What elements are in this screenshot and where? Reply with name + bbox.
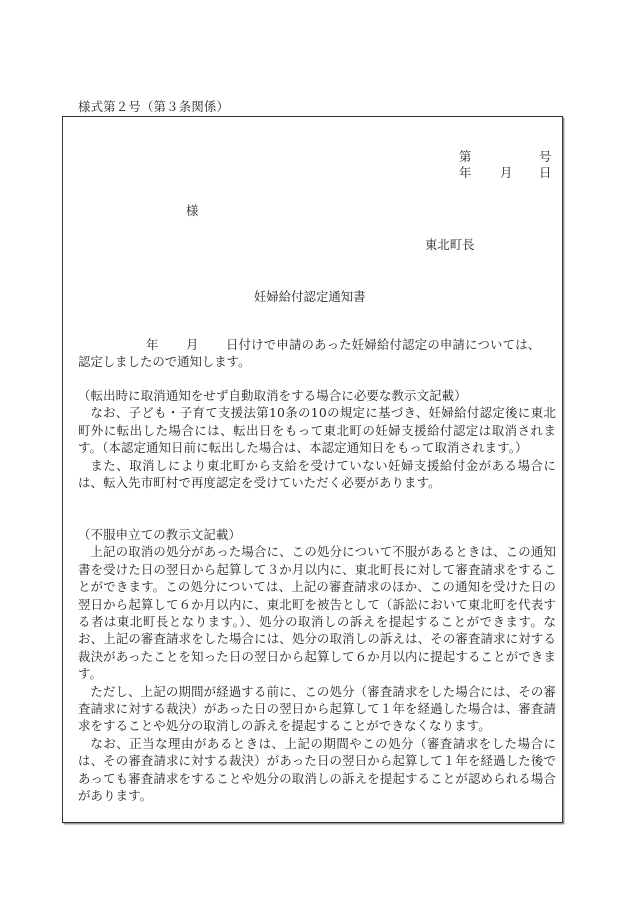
addressee-honorific: 様 bbox=[186, 201, 198, 219]
paragraph: 上記の取消の処分があった場合に、この処分について不服があるときは、この通知書を受… bbox=[78, 543, 556, 682]
auto-cancel-section: （転出時に取消通知をせず自動取消をする場合に必要な教示文記載） なお、子ども・子… bbox=[78, 387, 556, 491]
paragraph: なお、正当な理由があるときは、上記の期間やこの処分（審査請求をした場合には、その… bbox=[78, 735, 556, 805]
paragraph: なお、子ども・子育て支援法第10条の10の規定に基づき、妊婦給付認定後に東北町外… bbox=[78, 404, 556, 456]
intro-line1: 日付けで申請のあった妊婦給付認定の申請については、 bbox=[226, 335, 540, 353]
paragraph: また、取消しにより東北町から支給を受けていない妊婦支援給付金がある場合には、転入… bbox=[78, 457, 556, 492]
intro-month: 月 bbox=[186, 335, 198, 353]
date-month-label: 月 bbox=[500, 163, 512, 181]
intro-line2: 認定しましたので通知します。 bbox=[78, 352, 250, 370]
intro-year: 年 bbox=[146, 335, 158, 353]
date-day-label: 日 bbox=[539, 163, 551, 181]
section-heading: （転出時に取消通知をせず自動取消をする場合に必要な教示文記載） bbox=[78, 387, 556, 404]
appeal-section: （不服申立ての教示文記載） 上記の取消の処分があった場合に、この処分について不服… bbox=[78, 526, 556, 805]
section-heading: （不服申立ての教示文記載） bbox=[78, 526, 556, 543]
paragraph: ただし、上記の期間が経過する前に、この処分（審査請求をした場合には、その審査請求… bbox=[78, 683, 556, 735]
form-number-label: 様式第２号（第３条関係） bbox=[78, 97, 229, 115]
issuer-name: 東北町長 bbox=[425, 235, 475, 253]
document-title: 妊婦給付認定通知書 bbox=[254, 287, 366, 305]
date-year-label: 年 bbox=[459, 163, 471, 181]
